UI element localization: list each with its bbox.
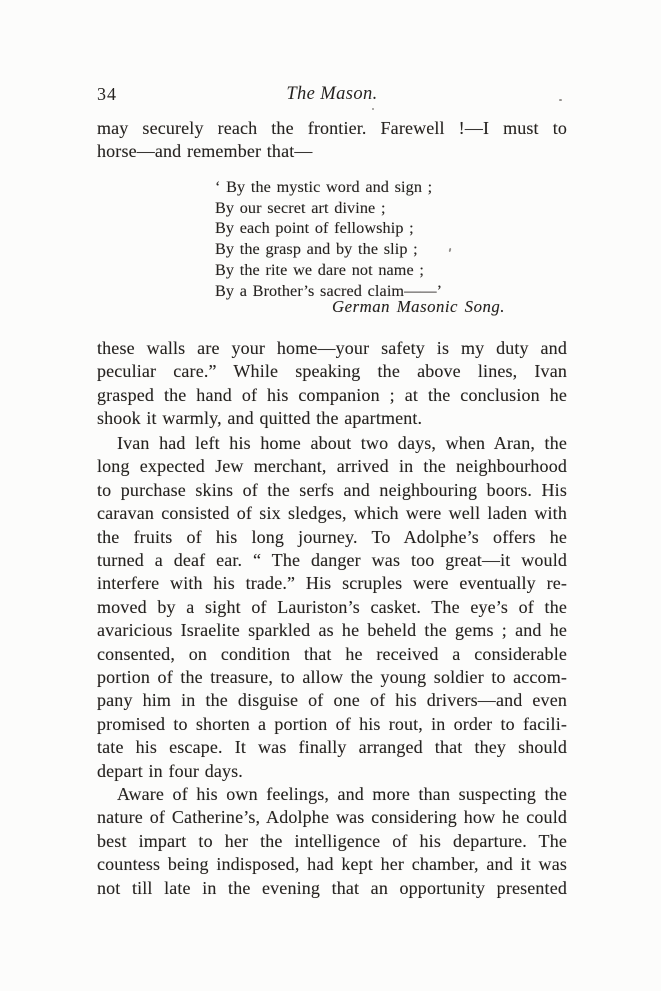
text-line: caravan consisted of six sledges, which … <box>97 502 567 525</box>
text-line: Ivan had left his home about two days, w… <box>97 432 567 455</box>
text-line: horse—and remember that— <box>97 140 567 163</box>
book-page-scan: 34 The Mason. may securely reach the fro… <box>0 0 661 991</box>
verse-attribution: German Masonic Song. <box>332 297 505 317</box>
text-line: the fruits of his long journey. To Adolp… <box>97 526 567 549</box>
paragraph-opening: may securely reach the frontier. Farewel… <box>97 117 567 164</box>
text-block: 34 The Mason. may securely reach the fro… <box>97 0 567 991</box>
text-line: grasped the hand of his companion ; at t… <box>97 384 567 407</box>
text-line: Aware of his own feelings, and more than… <box>97 783 567 806</box>
text-line: tate his escape. It was finally arranged… <box>97 736 567 759</box>
page-header: 34 The Mason. <box>97 84 567 106</box>
text-line: consented, on condition that he received… <box>97 643 567 666</box>
text-line: portion of the treasure, to allow the yo… <box>97 666 567 689</box>
paragraph-ivan-journey: Ivan had left his home about two days, w… <box>97 432 567 783</box>
text-line: nature of Catherine’s, Adolphe was consi… <box>97 806 567 829</box>
verse-line: By each point of fellowship ; <box>215 218 567 239</box>
paragraph-adolphe-feelings: Aware of his own feelings, and more than… <box>97 783 567 900</box>
verse-quotation: ‘ By the mystic word and sign ;By our se… <box>215 177 567 301</box>
text-line: interfere with his trade.” His scruples … <box>97 572 567 595</box>
text-line: to purchase skins of the serfs and neigh… <box>97 479 567 502</box>
text-line: not till late in the evening that an opp… <box>97 877 567 900</box>
text-line: promised to shorten a portion of his rou… <box>97 713 567 736</box>
text-line: turned a deaf ear. “ The danger was too … <box>97 549 567 572</box>
text-line: depart in four days. <box>97 760 567 783</box>
text-line: these walls are your home—your safety is… <box>97 337 567 360</box>
text-line: may securely reach the frontier. Farewel… <box>97 117 567 140</box>
running-title: The Mason. <box>97 84 567 105</box>
verse-line: ‘ By the mystic word and sign ; <box>215 177 567 198</box>
text-line: long expected Jew merchant, arrived in t… <box>97 455 567 478</box>
text-line: best impart to her the intelligence of h… <box>97 830 567 853</box>
text-line: shook it warmly, and quitted the apartme… <box>97 407 567 430</box>
verse-line: By the grasp and by the slip ; <box>215 239 567 260</box>
text-line: moved by a sight of Lauriston’s casket. … <box>97 596 567 619</box>
verse-line: By our secret art divine ; <box>215 198 567 219</box>
paragraph-continuation: these walls are your home—your safety is… <box>97 337 567 431</box>
text-line: pany him in the disguise of one of his d… <box>97 689 567 712</box>
text-line: countess being indisposed, had kept her … <box>97 853 567 876</box>
verse-line: By the rite we dare not name ; <box>215 260 567 281</box>
text-line: avaricious Israelite sparkled as he behe… <box>97 619 567 642</box>
text-line: peculiar care.” While speaking the above… <box>97 360 567 383</box>
